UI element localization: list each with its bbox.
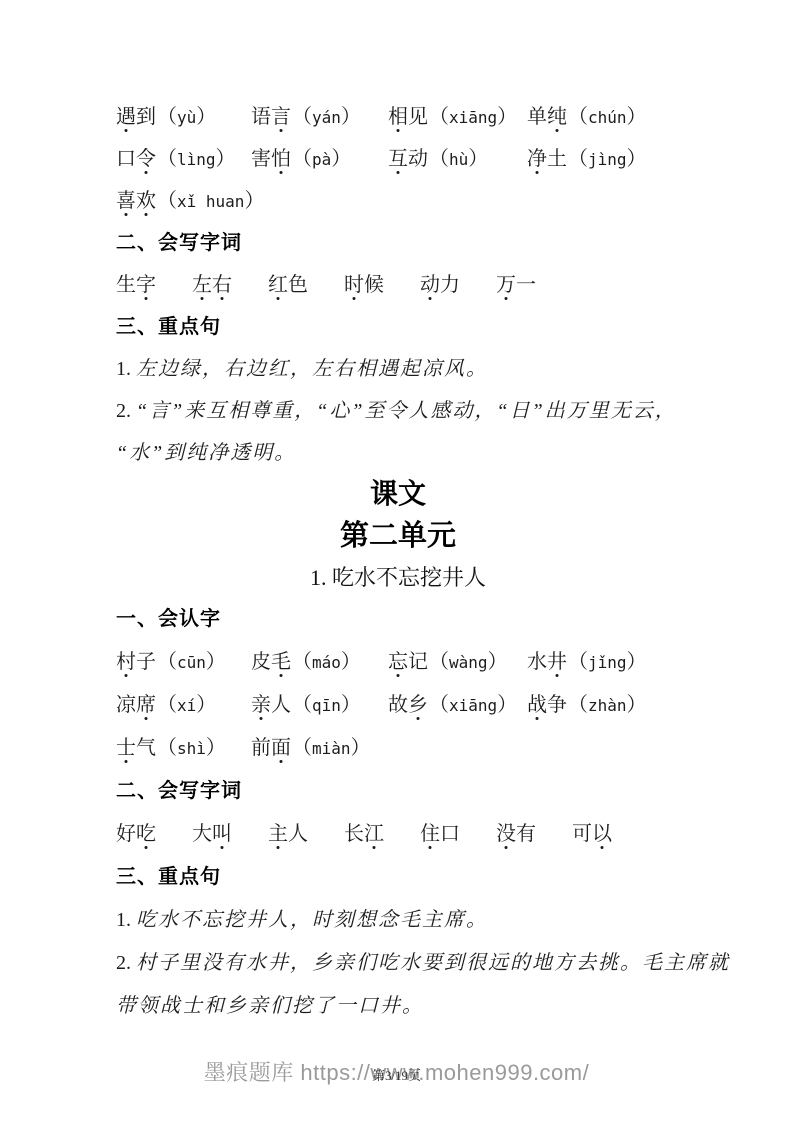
section-heading-write-words: 二、会写字词 (116, 222, 680, 264)
pinyin: （xǐ huan） (157, 190, 264, 212)
vocab-word: 忘记（wàng） (388, 641, 527, 684)
vocab-word: 凉席（xí） (116, 684, 251, 727)
document-page: 遇到（yù）语言（yán）相见（xiāng）单纯（chún） 口令（lìng）害… (0, 0, 793, 1122)
vocab-word: 大叫 (192, 813, 232, 856)
sentence-line: 2.“言”来互相尊重，“心”至令人感动，“日”出万里无云， (116, 390, 680, 432)
vocab-word: 互动（hù） (388, 138, 527, 181)
sentence-number: 1. (116, 909, 131, 931)
word-characters: 害怕 (251, 148, 291, 170)
word-characters: 大叫 (192, 823, 232, 845)
vocab-word: 相见（xiāng） (388, 96, 527, 139)
pinyin: （qīn） (292, 694, 361, 716)
vocab-word: 害怕（pà） (251, 138, 388, 181)
sentence-number: 1. (116, 358, 131, 380)
key-sentence: 2.村子里没有水井，乡亲们吃水要到很远的地方去挑。毛主席就带领战士和乡亲们挖了一… (116, 942, 680, 1028)
word-characters: 故乡 (388, 694, 428, 716)
word-characters: 生字 (116, 274, 156, 296)
word-characters: 忘记 (388, 651, 428, 673)
pinyin: （xiāng） (429, 694, 517, 716)
word-characters: 净土 (527, 148, 567, 170)
pinyin: （pà） (292, 148, 351, 170)
word-characters: 皮毛 (251, 651, 291, 673)
vocab-word: 亲人（qīn） (251, 684, 388, 727)
sentence-line: “水”到纯净透明。 (116, 432, 680, 474)
word-characters: 战争 (527, 694, 567, 716)
key-sentence: 1.左边绿，右边红，左右相遇起凉风。 (116, 348, 680, 390)
vocab-word: 动力 (420, 264, 460, 306)
section-heading-key-sentences: 三、重点句 (116, 856, 680, 899)
pinyin: （hù） (429, 148, 488, 170)
sentence-number: 2. (116, 400, 131, 422)
vocab-word: 喜欢（xǐ huan） (116, 180, 251, 223)
sentence-line: 1.左边绿，右边红，左右相遇起凉风。 (116, 348, 680, 390)
write-words-row: 好吃大叫主人长江住口没有可以 (116, 813, 680, 856)
pinyin: （yán） (292, 106, 361, 128)
word-characters: 遇到 (116, 106, 156, 128)
vocab-row: 士气（shì）前面（miàn） (116, 727, 680, 770)
vocab-row: 凉席（xí）亲人（qīn）故乡（xiāng）战争（zhàn） (116, 684, 680, 727)
vocab-word: 生字 (116, 264, 156, 306)
word-characters: 语言 (251, 106, 291, 128)
pinyin: （lìng） (157, 148, 236, 170)
word-characters: 可以 (572, 823, 612, 845)
page-content: 遇到（yù）语言（yán）相见（xiāng）单纯（chún） 口令（lìng）害… (116, 96, 680, 1028)
key-sentence: 2.“言”来互相尊重，“心”至令人感动，“日”出万里无云，“水”到纯净透明。 (116, 390, 680, 474)
vocab-word: 可以 (572, 813, 612, 856)
vocab-word: 遇到（yù） (116, 96, 251, 139)
pinyin: （cūn） (157, 651, 226, 673)
word-characters: 万一 (496, 274, 536, 296)
write-words-row: 生字左右红色时候动力万一 (116, 264, 680, 306)
lesson-title: 1. 吃水不忘挖井人 (116, 558, 680, 598)
vocab-word: 前面（miàn） (251, 727, 388, 770)
lesson-1-block: 一、会认字 村子（cūn）皮毛（máo）忘记（wàng）水井（jǐng） 凉席（… (116, 598, 680, 1028)
pinyin: （shì） (157, 737, 226, 759)
word-characters: 单纯 (527, 106, 567, 128)
section-heading-recognize: 一、会认字 (116, 598, 680, 641)
word-characters: 亲人 (251, 694, 291, 716)
word-characters: 口令 (116, 148, 156, 170)
word-characters: 没有 (496, 823, 536, 845)
vocab-word: 长江 (344, 813, 384, 856)
word-characters: 好吃 (116, 823, 156, 845)
pinyin: （zhàn） (568, 694, 647, 716)
sentence-line: 1.吃水不忘挖井人，时刻想念毛主席。 (116, 899, 680, 942)
vocab-word: 故乡（xiāng） (388, 684, 527, 727)
word-characters: 士气 (116, 737, 156, 759)
vocab-word: 红色 (268, 264, 308, 306)
vocab-word: 战争（zhàn） (527, 684, 680, 727)
vocab-word: 净土（jìng） (527, 138, 680, 181)
pinyin: （wàng） (429, 651, 508, 673)
vocab-word: 时候 (344, 264, 384, 306)
vocab-word: 好吃 (116, 813, 156, 856)
vocab-word: 语言（yán） (251, 96, 388, 139)
word-characters: 凉席 (116, 694, 156, 716)
section-heading-key-sentences: 三、重点句 (116, 306, 680, 348)
page-number: 第3/19页 (0, 1065, 793, 1084)
word-characters: 互动 (388, 148, 428, 170)
sentence-number: 2. (116, 952, 131, 974)
vocab-row: 口令（lìng）害怕（pà）互动（hù）净土（jìng） (116, 138, 680, 180)
pinyin: （máo） (292, 651, 361, 673)
word-characters: 动力 (420, 274, 460, 296)
word-characters: 住口 (420, 823, 460, 845)
vocab-word: 水井（jǐng） (527, 641, 680, 684)
pinyin: （chún） (568, 106, 647, 128)
word-characters: 时候 (344, 274, 384, 296)
word-characters: 长江 (344, 823, 384, 845)
word-characters: 主人 (268, 823, 308, 845)
word-characters: 村子 (116, 651, 156, 673)
vocab-row: 村子（cūn）皮毛（máo）忘记（wàng）水井（jǐng） (116, 641, 680, 684)
vocab-row: 遇到（yù）语言（yán）相见（xiāng）单纯（chún） (116, 96, 680, 138)
word-characters: 水井 (527, 651, 567, 673)
vocab-word: 住口 (420, 813, 460, 856)
vocab-word: 没有 (496, 813, 536, 856)
pinyin: （xiāng） (429, 106, 517, 128)
kewen-title: 课文 (116, 474, 680, 514)
vocab-word: 万一 (496, 264, 536, 306)
vocab-word: 左右 (192, 264, 232, 306)
vocab-word: 单纯（chún） (527, 96, 680, 139)
vocab-row: 喜欢（xǐ huan） (116, 180, 680, 222)
vocab-word: 主人 (268, 813, 308, 856)
sentence-line: 带领战士和乡亲们挖了一口井。 (116, 985, 680, 1028)
word-characters: 前面 (251, 737, 291, 759)
sentence-line: 2.村子里没有水井，乡亲们吃水要到很远的地方去挑。毛主席就 (116, 942, 680, 985)
pinyin: （yù） (157, 106, 216, 128)
pinyin: （jìng） (568, 148, 647, 170)
unit-title: 第二单元 (116, 514, 680, 558)
word-characters: 相见 (388, 106, 428, 128)
word-characters: 左右 (192, 274, 232, 296)
pinyin: （jǐng） (568, 651, 647, 673)
vocab-word: 皮毛（máo） (251, 641, 388, 684)
word-characters: 红色 (268, 274, 308, 296)
vocab-word: 口令（lìng） (116, 138, 251, 181)
word-characters: 喜欢 (116, 190, 156, 212)
section-heading-write-words: 二、会写字词 (116, 770, 680, 813)
pinyin: （xí） (157, 694, 216, 716)
vocab-word: 士气（shì） (116, 727, 251, 770)
pinyin: （miàn） (292, 737, 371, 759)
vocab-word: 村子（cūn） (116, 641, 251, 684)
key-sentence: 1.吃水不忘挖井人，时刻想念毛主席。 (116, 899, 680, 942)
